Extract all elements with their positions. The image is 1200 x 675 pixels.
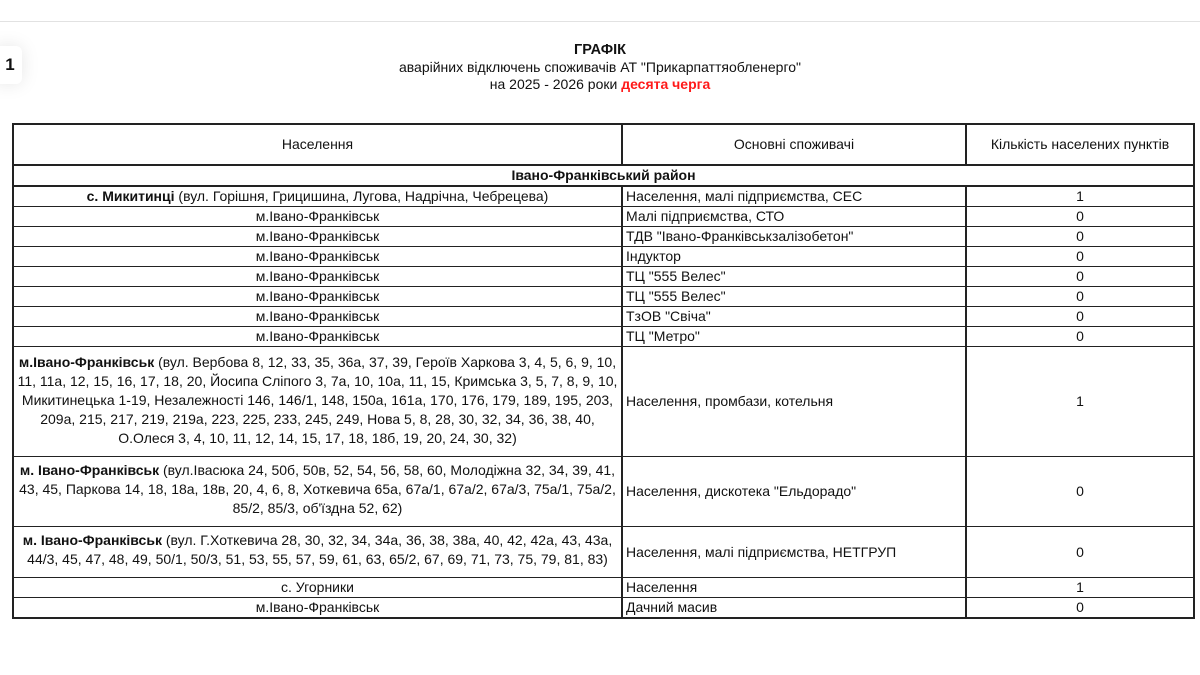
settlement-count-cell: 0 [966, 527, 1194, 578]
streets-list: м.Івано-Франківськ [256, 599, 380, 615]
settlement-count-cell: 0 [966, 457, 1194, 527]
streets-list: м.Івано-Франківськ [256, 328, 380, 344]
consumers-cell: ТЦ "555 Велес" [622, 287, 966, 307]
document-subtitle: аварійних відключень споживачів АТ "Прик… [0, 59, 1200, 76]
table-row: м. Івано-Франківськ (вул. Г.Хоткевича 28… [13, 527, 1194, 578]
streets-list: м.Івано-Франківськ [256, 248, 380, 264]
population-cell: с. Угорники [13, 578, 622, 598]
population-cell: м. Івано-Франківськ (вул.Івасюка 24, 50б… [13, 457, 622, 527]
table-header-row: Населення Основні споживачі Кількість на… [13, 124, 1194, 165]
population-cell: м.Івано-Франківськ [13, 598, 622, 619]
population-cell: м.Івано-Франківськ [13, 307, 622, 327]
column-header-consumers: Основні споживачі [622, 124, 966, 165]
queue-label: десята черга [621, 76, 710, 92]
streets-list: м.Івано-Франківськ [256, 208, 380, 224]
settlement-count-cell: 0 [966, 327, 1194, 347]
consumers-cell: Індуктор [622, 247, 966, 267]
settlement-count-cell: 0 [966, 227, 1194, 247]
streets-list: м.Івано-Франківськ [256, 308, 380, 324]
settlement-name: с. Микитинці [87, 188, 175, 204]
column-header-count: Кількість населених пунктів [966, 124, 1194, 165]
settlement-count-cell: 0 [966, 207, 1194, 227]
population-cell: м.Івано-Франківськ [13, 267, 622, 287]
table-row: м.Івано-ФранківськТЦ "555 Велес"0 [13, 267, 1194, 287]
population-cell: м.Івано-Франківськ [13, 327, 622, 347]
settlement-count-cell: 1 [966, 578, 1194, 598]
population-cell: м.Івано-Франківськ [13, 227, 622, 247]
region-row: Івано-Франківський район [13, 165, 1194, 186]
population-cell: м.Івано-Франківськ [13, 207, 622, 227]
population-cell: м. Івано-Франківськ (вул. Г.Хоткевича 28… [13, 527, 622, 578]
settlement-name: м.Івано-Франківськ [19, 354, 154, 370]
table-row: м.Івано-Франківськ (вул. Вербова 8, 12, … [13, 347, 1194, 457]
region-name: Івано-Франківський район [13, 165, 1194, 186]
table-row: м. Івано-Франківськ (вул.Івасюка 24, 50б… [13, 457, 1194, 527]
population-cell: м.Івано-Франківськ (вул. Вербова 8, 12, … [13, 347, 622, 457]
table-row: с. Микитинці (вул. Горішня, Грицишина, Л… [13, 186, 1194, 207]
table-row: м.Івано-ФранківськІндуктор0 [13, 247, 1194, 267]
consumers-cell: Населення, малі підприємства, НЕТГРУП [622, 527, 966, 578]
consumers-cell: Населення, дискотека "Ельдорадо" [622, 457, 966, 527]
settlement-name: м. Івано-Франківськ [23, 532, 162, 548]
consumers-cell: Населення [622, 578, 966, 598]
viewer-toolbar [0, 0, 1200, 22]
table-row: м.Івано-ФранківськТЦ "Метро"0 [13, 327, 1194, 347]
settlement-count-cell: 1 [966, 347, 1194, 457]
consumers-cell: ТЦ "Метро" [622, 327, 966, 347]
table-row: м.Івано-ФранківськДачний масив0 [13, 598, 1194, 619]
consumers-cell: ТДВ "Івано-Франківськзалізобетон" [622, 227, 966, 247]
streets-list: м.Івано-Франківськ [256, 268, 380, 284]
streets-list: с. Угорники [281, 579, 354, 595]
outage-schedule-table: Населення Основні споживачі Кількість на… [12, 123, 1195, 619]
population-cell: м.Івано-Франківськ [13, 287, 622, 307]
settlement-count-cell: 0 [966, 247, 1194, 267]
table-row: с. УгорникиНаселення1 [13, 578, 1194, 598]
document-period: на 2025 - 2026 роки десята черга [0, 76, 1200, 93]
consumers-cell: Населення, малі підприємства, СЕС [622, 186, 966, 207]
consumers-cell: ТзОВ "Свіча" [622, 307, 966, 327]
consumers-cell: Населення, промбази, котельня [622, 347, 966, 457]
table-row: м.Івано-ФранківськТДВ "Івано-Франківськз… [13, 227, 1194, 247]
settlement-count-cell: 0 [966, 598, 1194, 619]
streets-list: (вул. Горішня, Грицишина, Лугова, Надріч… [175, 188, 549, 204]
column-header-population: Населення [13, 124, 622, 165]
period-text: на 2025 - 2026 роки [490, 76, 618, 92]
settlement-count-cell: 0 [966, 307, 1194, 327]
table-row: м.Івано-ФранківськТзОВ "Свіча"0 [13, 307, 1194, 327]
settlement-count-cell: 0 [966, 287, 1194, 307]
consumers-cell: Дачний масив [622, 598, 966, 619]
table-row: м.Івано-ФранківськМалі підприємства, СТО… [13, 207, 1194, 227]
document-header: ГРАФІК аварійних відключень споживачів А… [0, 42, 1200, 93]
document-title: ГРАФІК [0, 42, 1200, 59]
consumers-cell: ТЦ "555 Велес" [622, 267, 966, 287]
settlement-name: м. Івано-Франківськ [20, 462, 159, 478]
consumers-cell: Малі підприємства, СТО [622, 207, 966, 227]
streets-list: м.Івано-Франківськ [256, 288, 380, 304]
settlement-count-cell: 1 [966, 186, 1194, 207]
table-row: м.Івано-ФранківськТЦ "555 Велес"0 [13, 287, 1194, 307]
population-cell: с. Микитинці (вул. Горішня, Грицишина, Л… [13, 186, 622, 207]
population-cell: м.Івано-Франківськ [13, 247, 622, 267]
settlement-count-cell: 0 [966, 267, 1194, 287]
streets-list: м.Івано-Франківськ [256, 228, 380, 244]
